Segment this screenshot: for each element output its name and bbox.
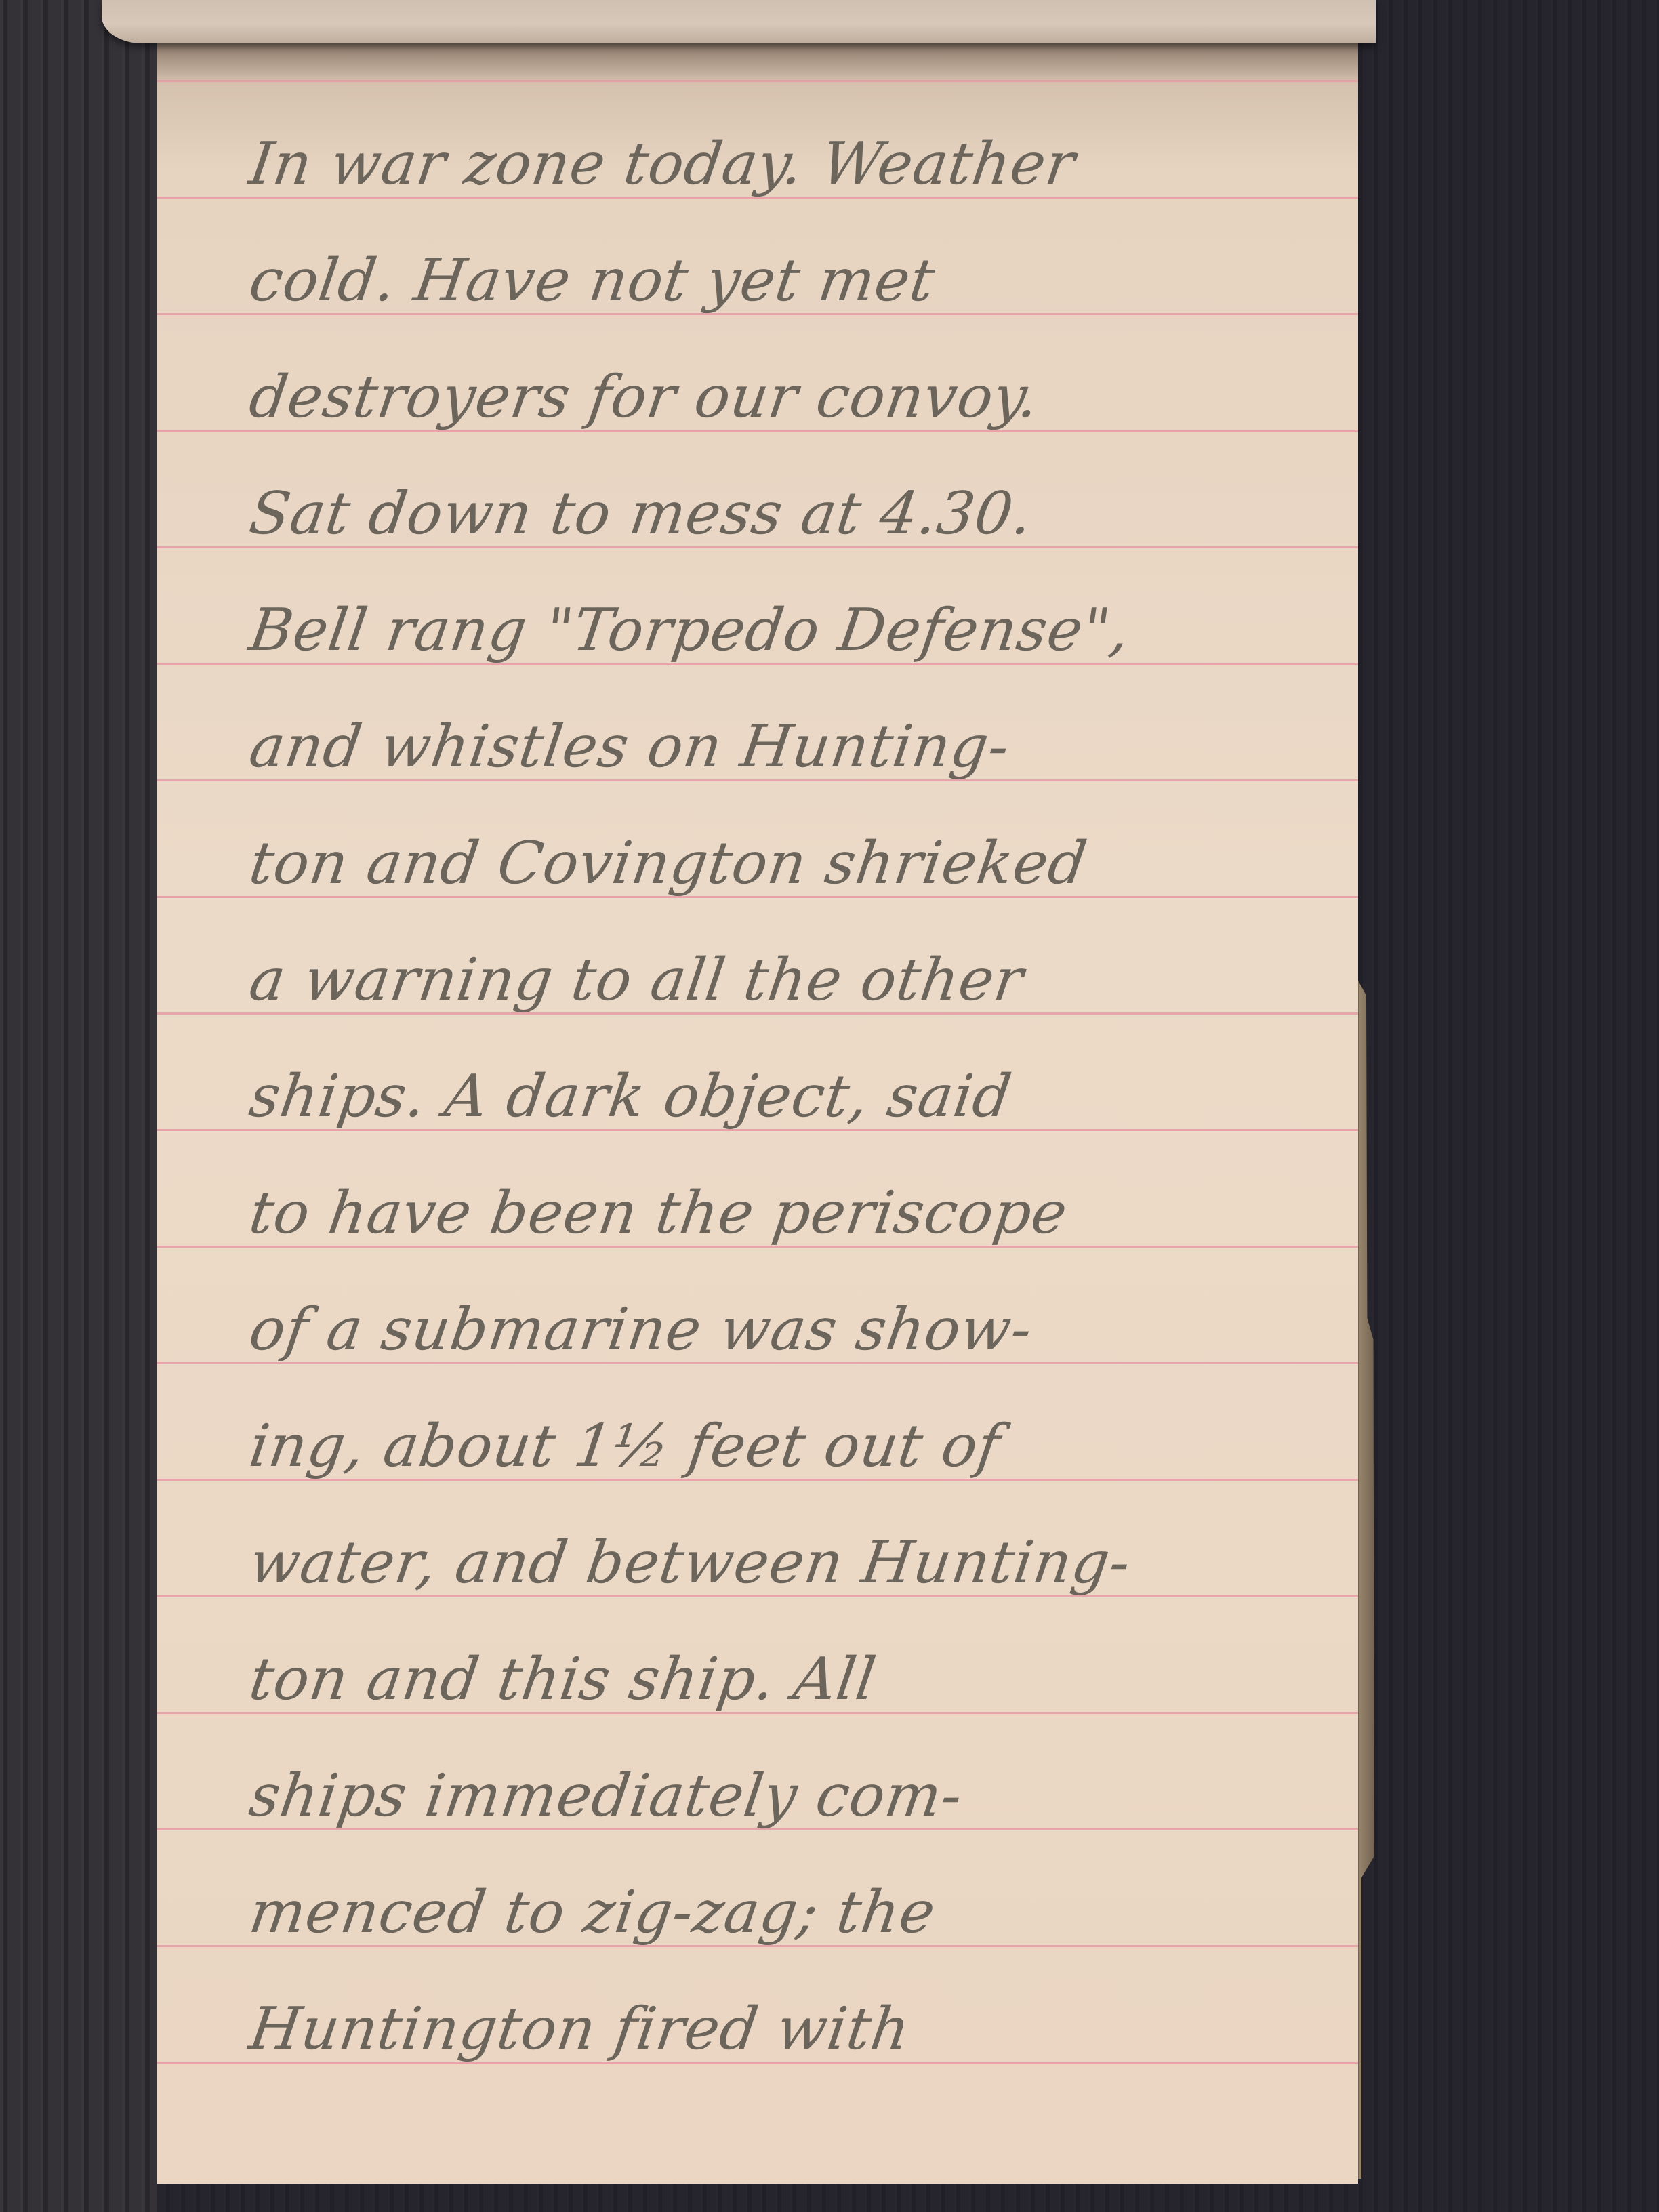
handwritten-line: Bell rang "Torpedo Defense", bbox=[245, 596, 1353, 664]
handwritten-line: and whistles on Hunting- bbox=[245, 713, 1353, 781]
handwritten-line: Huntington fired with bbox=[245, 1995, 1353, 2063]
handwritten-line: ships. A dark object, said bbox=[245, 1063, 1353, 1130]
handwritten-line: menced to zig-zag; the bbox=[245, 1879, 1353, 1946]
notebook-page: In war zone today. Weather cold. Have no… bbox=[157, 42, 1358, 2184]
handwritten-line: ton and Covington shrieked bbox=[245, 829, 1353, 897]
table-surface-left bbox=[0, 0, 157, 2212]
handwritten-line: water, and between Hunting- bbox=[245, 1529, 1353, 1597]
handwritten-line: ships immediately com- bbox=[245, 1762, 1353, 1830]
handwritten-line: In war zone today. Weather bbox=[245, 130, 1353, 198]
handwritten-line: ing, about 1½ feet out of bbox=[245, 1412, 1353, 1480]
handwritten-line: ton and this ship. All bbox=[245, 1645, 1353, 1713]
handwritten-line: Sat down to mess at 4.30. bbox=[245, 480, 1353, 548]
ruled-line bbox=[157, 80, 1358, 82]
notebook-binding-roll bbox=[102, 0, 1376, 43]
handwritten-line: cold. Have not yet met bbox=[245, 247, 1353, 314]
handwritten-line: to have been the periscope bbox=[245, 1179, 1353, 1247]
handwritten-line: a warning to all the other bbox=[245, 946, 1353, 1014]
handwritten-line: of a submarine was show- bbox=[245, 1296, 1353, 1364]
handwritten-line: destroyers for our convoy. bbox=[245, 363, 1353, 431]
